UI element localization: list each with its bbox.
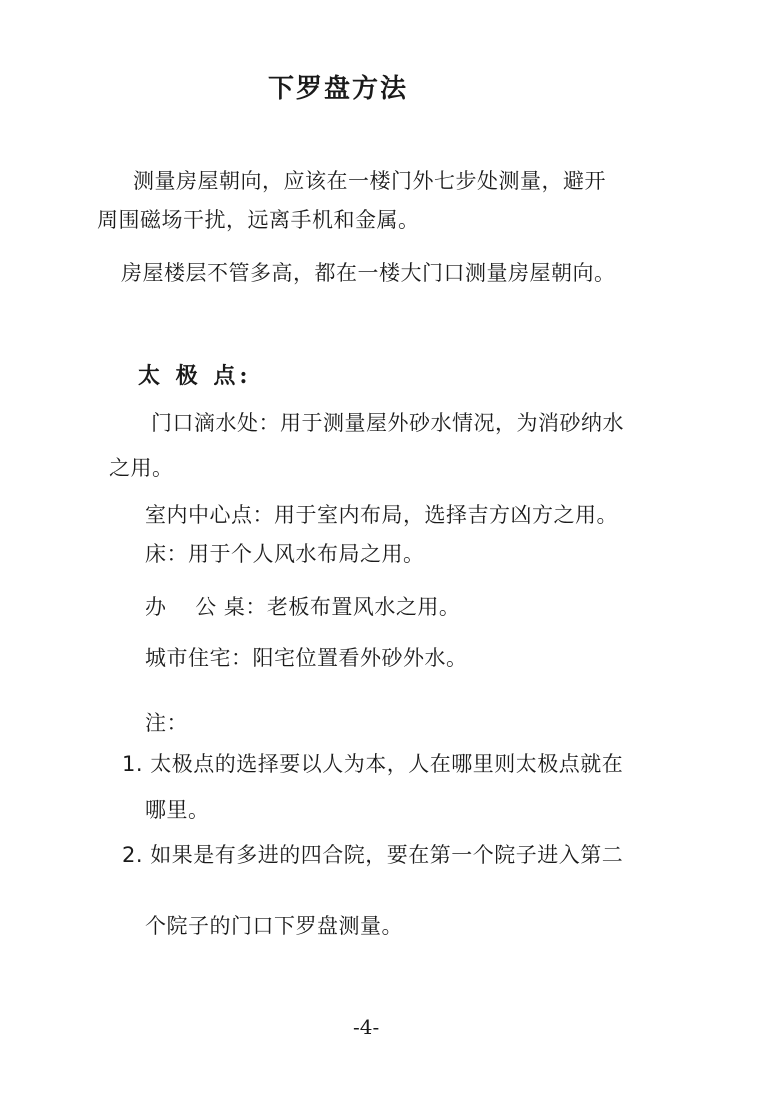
intro-paragraph-1-line-2: 周围磁场干扰，远离手机和金属。	[97, 207, 420, 233]
section-heading-taiji-point: 太 极 点:	[138, 362, 251, 390]
note-1-line-2: 哪里。	[145, 797, 210, 823]
item-office-desk: 办 公 桌：老板布置风水之用。	[145, 594, 460, 620]
intro-paragraph-1-line-1: 测量房屋朝向，应该在一楼门外七步处测量，避开	[133, 168, 606, 194]
note-1-line-1: 1. 太极点的选择要以人为本，人在哪里则太极点就在	[122, 751, 623, 777]
item-door-line-1: 门口滴水处：用于测量屋外砂水情况，为消砂纳水	[151, 410, 624, 436]
note-2-line-1: 2. 如果是有多进的四合院，要在第一个院子进入第二	[122, 842, 623, 868]
page-title: 下罗盘方法	[268, 73, 408, 105]
item-bed: 床：用于个人风水布局之用。	[145, 541, 425, 567]
item-indoor-center: 室内中心点：用于室内布局，选择吉方凶方之用。	[145, 502, 618, 528]
note-2-line-2: 个院子的门口下罗盘测量。	[145, 913, 403, 939]
item-city-residence: 城市住宅：阳宅位置看外砂外水。	[145, 645, 468, 671]
note-label: 注：	[145, 710, 188, 736]
item-door-line-2: 之用。	[109, 455, 174, 481]
page-number: -4-	[353, 1015, 379, 1039]
intro-paragraph-2: 房屋楼层不管多高，都在一楼大门口测量房屋朝向。	[121, 260, 616, 286]
